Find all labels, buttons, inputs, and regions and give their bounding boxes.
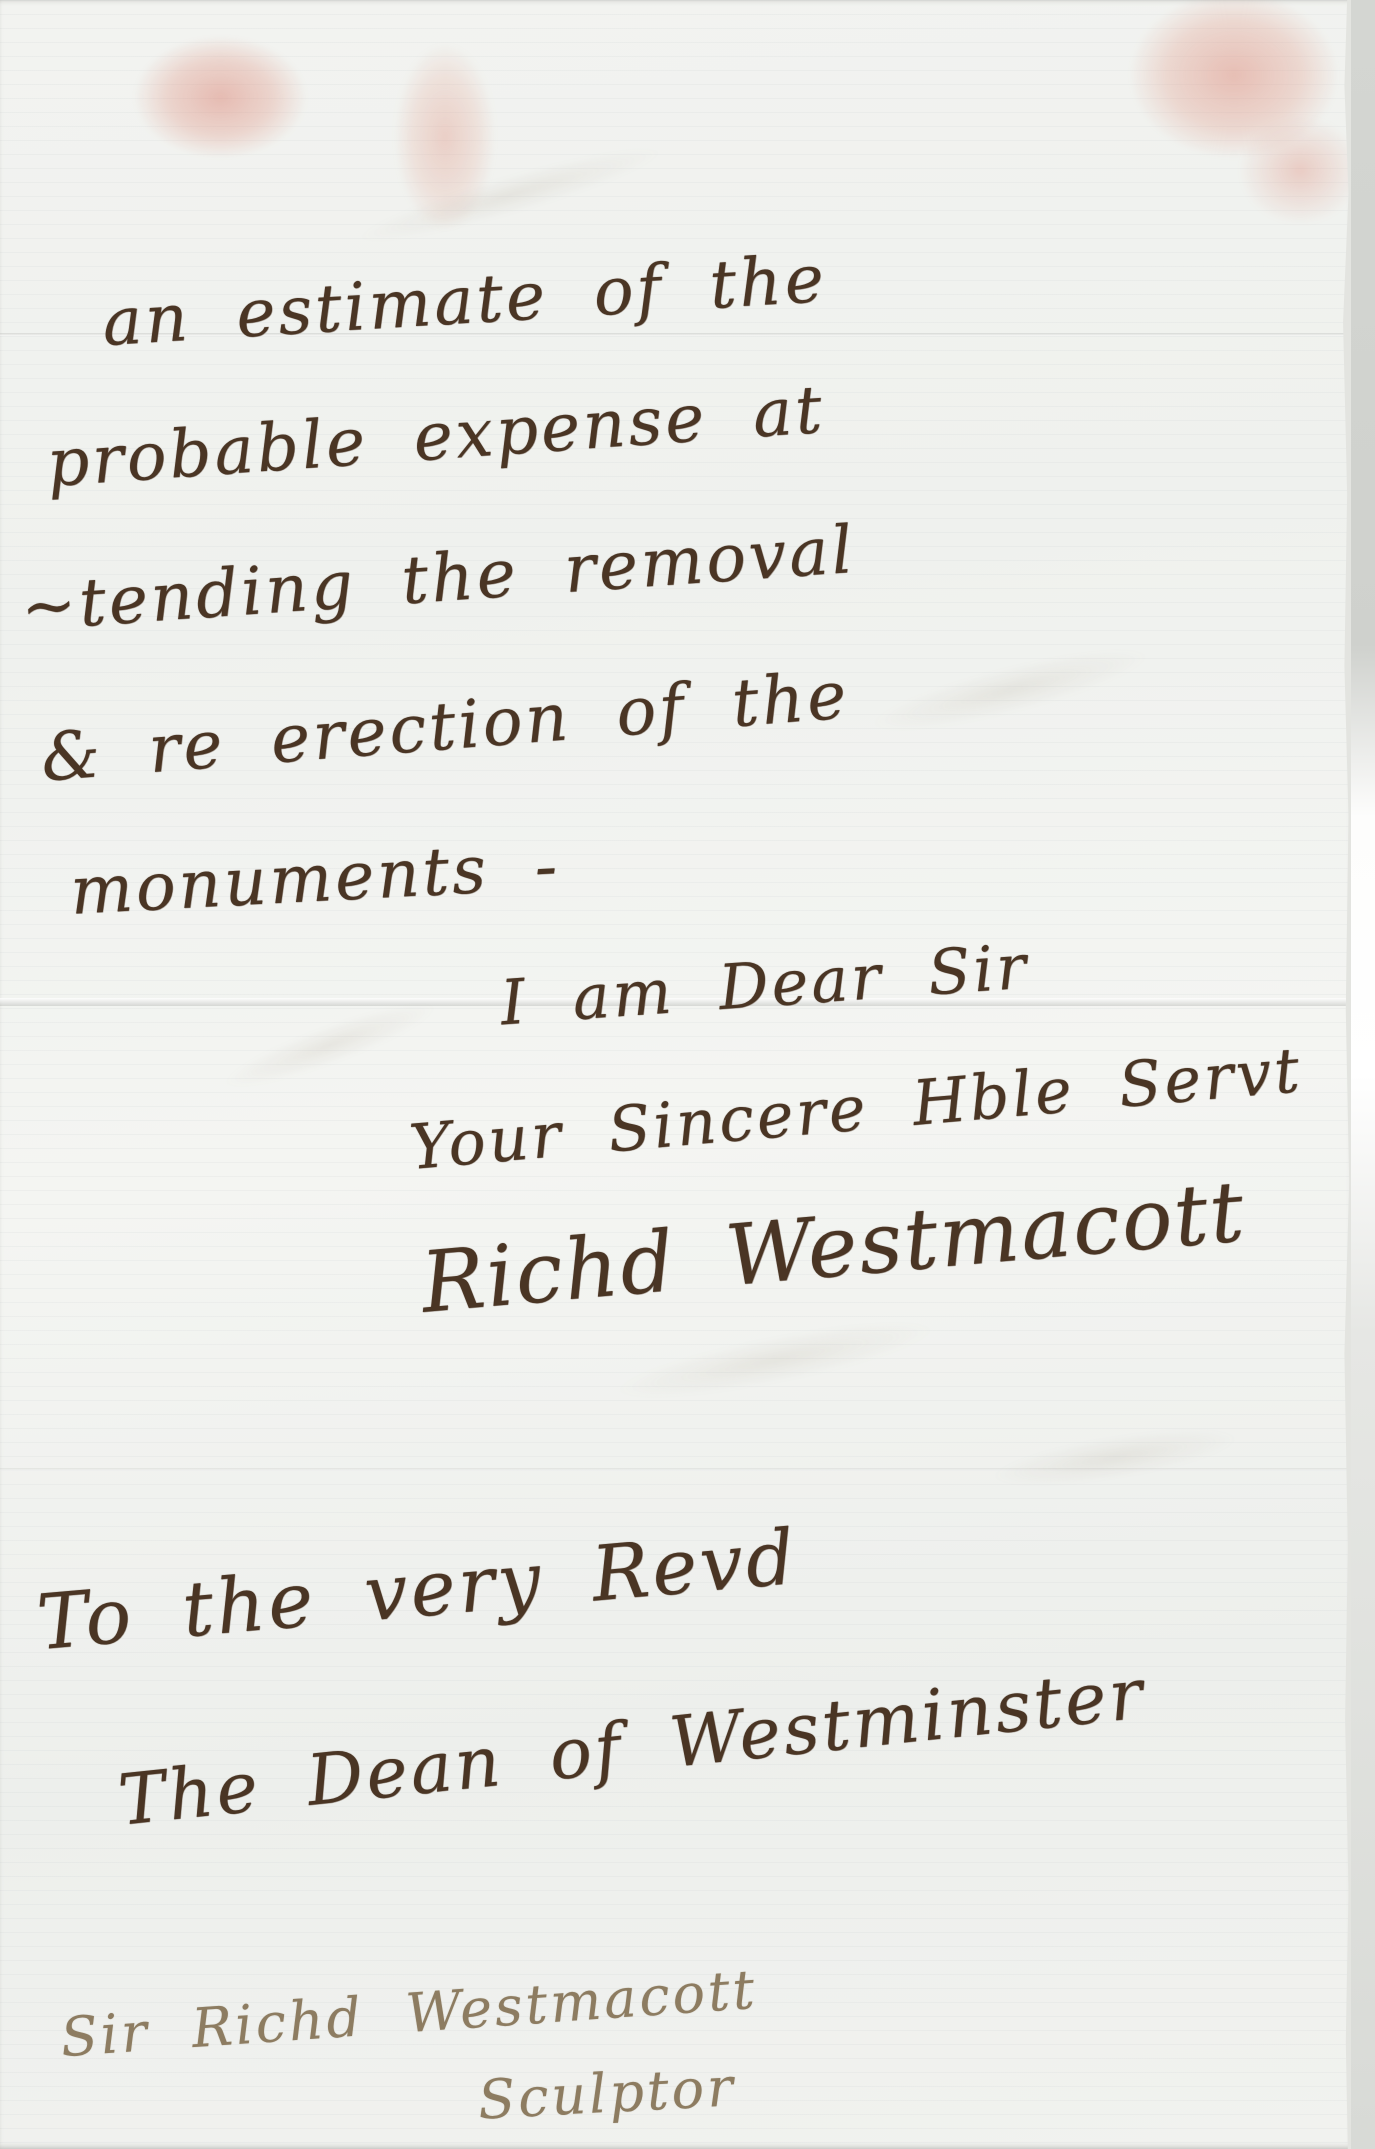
ink-bleed-through — [948, 1405, 1283, 1511]
recipient-line: To the very Revd — [34, 1512, 801, 1667]
letter-body-line: ~tending the removal — [18, 511, 858, 646]
letter-scan: an estimate of the probable expense at ~… — [0, 0, 1375, 2149]
fold-crease — [0, 1468, 1358, 1471]
signature: Richd Westmacott — [417, 1162, 1249, 1332]
archivist-annotation-line: Sir Richd Westmacott — [59, 1958, 760, 2070]
ink-bleed-through — [818, 615, 1201, 765]
seal-stain-top-right — [1090, 0, 1375, 220]
letter-closing-line: Your Sincere Hble Servt — [407, 1033, 1306, 1184]
recipient-line: The Dean of Westminster — [115, 1652, 1150, 1841]
letter-closing-line: I am Dear Sir — [498, 930, 1031, 1040]
letter-body-line: & re erection of the — [38, 656, 852, 796]
letter-paper: an estimate of the probable expense at ~… — [0, 0, 1358, 2149]
scan-background-strip — [1351, 0, 1375, 2149]
letter-body-line: probable expense at — [44, 371, 827, 502]
seal-stain-top-left-streak — [360, 20, 530, 280]
archivist-annotation-line: Sculptor — [477, 2055, 738, 2131]
letter-body-line: monuments - — [68, 827, 562, 930]
letter-body-line: an estimate of the — [100, 240, 828, 361]
seal-stain-top-left — [110, 0, 350, 175]
ink-bleed-through — [180, 970, 479, 1120]
